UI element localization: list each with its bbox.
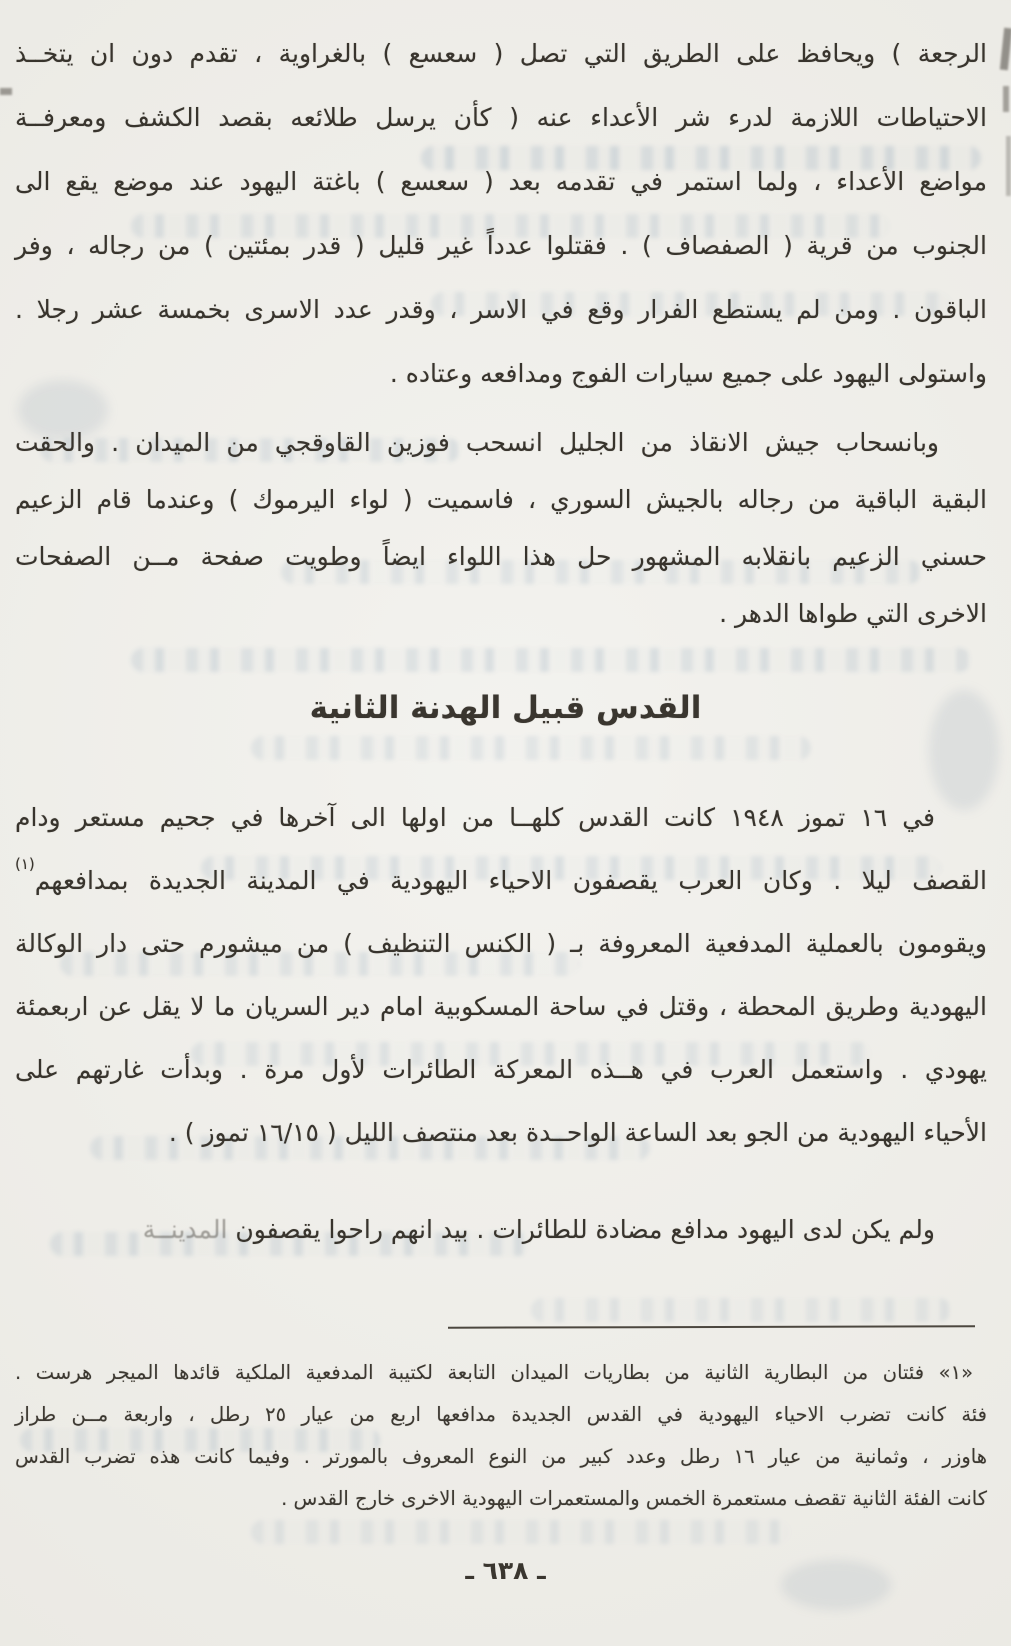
text-line: يهودي . واستعمل العرب في هــذه المعركة ا… (15, 1038, 987, 1101)
text-line: مواضع الأعداء ، ولما استمر في تقدمه بعد … (15, 150, 987, 214)
text-line: واستولى اليهود على جميع سيارات الفوج ومد… (15, 342, 987, 406)
text-line-body: القصف ليلا . وكان العرب يقصفون الاحياء ا… (35, 866, 987, 895)
text-line: وبانسحاب جيش الانقاذ من الجليل انسحب فوز… (15, 414, 987, 471)
text-line: الأحياء اليهودية من الجو بعد الساعة الوا… (15, 1101, 987, 1164)
paragraph-1: الرجعة ) ويحافظ على الطريق التي تصل ( سع… (15, 22, 987, 406)
bleed-through-smudge (131, 648, 971, 672)
footnote-reference: (١) (15, 855, 35, 873)
footnote-line: هاوزر ، وثمانية من عيار ١٦ رطل وعدد كبير… (15, 1436, 987, 1478)
scanned-book-page: الرجعة ) ويحافظ على الطريق التي تصل ( سع… (0, 0, 1011, 1646)
paragraph-2: وبانسحاب جيش الانقاذ من الجليل انسحب فوز… (15, 414, 987, 642)
text-line: الاحتياطات اللازمة لدرء شر الأعداء عنه (… (15, 86, 987, 150)
text-line: الجنوب من قرية ( الصفصاف ) . فقتلوا عددا… (15, 214, 987, 278)
paragraph-4: ولم يكن لدى اليهود مدافع مضادة للطائرات … (15, 1198, 987, 1261)
scan-edge-artifact (1000, 28, 1011, 71)
text-line: حسني الزعيم بانقلابه المشهور حل هذا اللو… (15, 528, 987, 585)
bleed-through-smudge (531, 1298, 951, 1322)
text-line: في ١٦ تموز ١٩٤٨ كانت القدس كلهــا من اول… (15, 786, 987, 849)
bleed-through-smudge (251, 1520, 791, 1544)
footnote-line: «١» فئتان من البطارية الثانية من بطاريات… (15, 1352, 987, 1394)
text-line: القصف ليلا . وكان العرب يقصفون الاحياء ا… (15, 849, 987, 912)
text-line: البقية الباقية من رجاله بالجيش السوري ، … (15, 471, 987, 528)
bleed-through-smudge (251, 736, 811, 760)
footnote: «١» فئتان من البطارية الثانية من بطاريات… (15, 1352, 987, 1520)
text-line: ويقومون بالعملية المدفعية المعروفة بـ ( … (15, 912, 987, 975)
paragraph-3: في ١٦ تموز ١٩٤٨ كانت القدس كلهــا من اول… (15, 786, 987, 1164)
footnote-line: كانت الفئة الثانية تقصف مستعمرة الخمس وا… (15, 1478, 987, 1520)
text-line: الباقون . ومن لم يستطع الفرار وقع في الا… (15, 278, 987, 342)
footnote-line: فئة كانت تضرب الاحياء اليهودية في القدس … (15, 1394, 987, 1436)
text-line: الرجعة ) ويحافظ على الطريق التي تصل ( سع… (15, 22, 987, 86)
text-line: اليهودية وطريق المحطة ، وقتل في ساحة الم… (15, 975, 987, 1038)
text-line-body: ولم يكن لدى اليهود مدافع مضادة للطائرات … (235, 1215, 935, 1244)
faded-word: المدينــة (143, 1215, 228, 1244)
text-line: الاخرى التي طواها الدهر . (15, 585, 987, 642)
scan-edge-artifact (1003, 86, 1009, 112)
text-line: ولم يكن لدى اليهود مدافع مضادة للطائرات … (15, 1198, 987, 1261)
page-number: ـ ٦٣٨ ـ (0, 1556, 1011, 1585)
scan-edge-artifact (0, 88, 12, 95)
footnote-separator-rule (448, 1325, 975, 1328)
section-heading: القدس قبيل الهدنة الثانية (0, 690, 1011, 726)
scan-edge-artifact (1006, 136, 1011, 196)
